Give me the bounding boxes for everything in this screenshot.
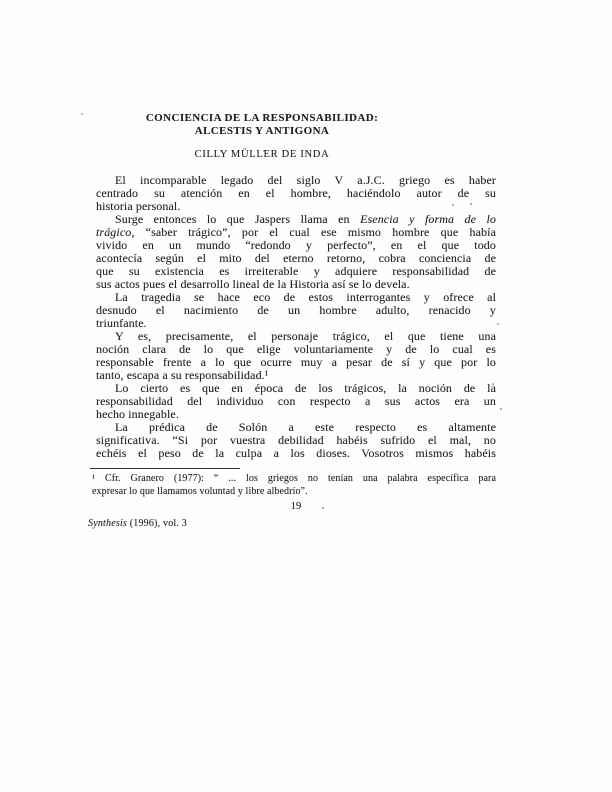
text-line: La prédica de Solón a este respecto es a… [96,421,496,434]
text-line: responsabilidad del individuo con respec… [96,395,496,408]
journal-name: Synthesis [88,518,127,529]
scan-speck [452,204,454,206]
text-line: que su existencia es irreiterable y adqu… [96,265,496,278]
text-line: acontecía según el mito del eterno retor… [96,252,496,265]
scan-speck [322,507,324,509]
text-line: historia personal. [96,200,496,213]
scan-speck [263,150,265,152]
scan-speck [500,408,502,410]
text-line: hecho innegable. [96,408,496,421]
article-title-line1: CONCIENCIA DE LA RESPONSABILIDAD: [52,112,472,125]
text-line: La tragedia se hace eco de estos interro… [96,291,496,304]
text-line: Surge entonces lo que Jaspers llama en E… [96,213,496,226]
scan-speck [81,113,83,115]
text-line: expresar lo que llamamos voluntad y libr… [92,486,496,499]
scan-speck [492,383,494,385]
text-line: centrado su atención en el hombre, hacié… [96,187,496,200]
footnote-separator-rule [90,468,240,469]
text-line: desnudo el nacimiento de un hombre adult… [96,304,496,317]
text-line: echéis el peso de la culpa a los dioses.… [96,447,496,460]
text-line: ¹ Cfr. Granero (1977): “ ... los griegos… [92,473,496,486]
text-line: tanto, escapa a su responsabilidad.¹ [96,369,496,382]
article-heading: CONCIENCIA DE LA RESPONSABILIDAD: ALCEST… [52,112,472,161]
scan-speck [497,323,499,325]
article-author: CILLY MÜLLER DE INDA [52,149,472,161]
journal-citation: Synthesis (1996), vol. 3 [88,518,187,529]
article-title-line2: ALCESTIS Y ANTIGONA [52,125,472,138]
text-line: sus actos pues el desarrollo lineal de l… [96,278,496,291]
text-line: triunfante. [96,317,496,330]
footnote: ¹ Cfr. Granero (1977): “ ... los griegos… [92,473,496,498]
text-line: responsable frente a lo que ocurre muy a… [96,356,496,369]
text-line: Y es, precisamente, el personaje trágico… [96,330,496,343]
scanned-paper-page: CONCIENCIA DE LA RESPONSABILIDAD: ALCEST… [0,0,612,792]
text-line: trágico, “saber trágico”, por el cual es… [96,226,496,239]
page-number: 19 [96,501,496,512]
text-line: El incomparable legado del siglo V a.J.C… [96,174,496,187]
text-line: noción clara de lo que elige voluntariam… [96,343,496,356]
article-body: El incomparable legado del siglo V a.J.C… [96,174,496,460]
scan-speck [470,203,472,205]
text-line: significativa. “Si por vuestra debilidad… [96,434,496,447]
text-line: Lo cierto es que en época de los trágico… [96,382,496,395]
journal-volume-info: (1996), vol. 3 [127,518,187,529]
text-line: vivido en un mundo “redondo y perfecto”,… [96,239,496,252]
